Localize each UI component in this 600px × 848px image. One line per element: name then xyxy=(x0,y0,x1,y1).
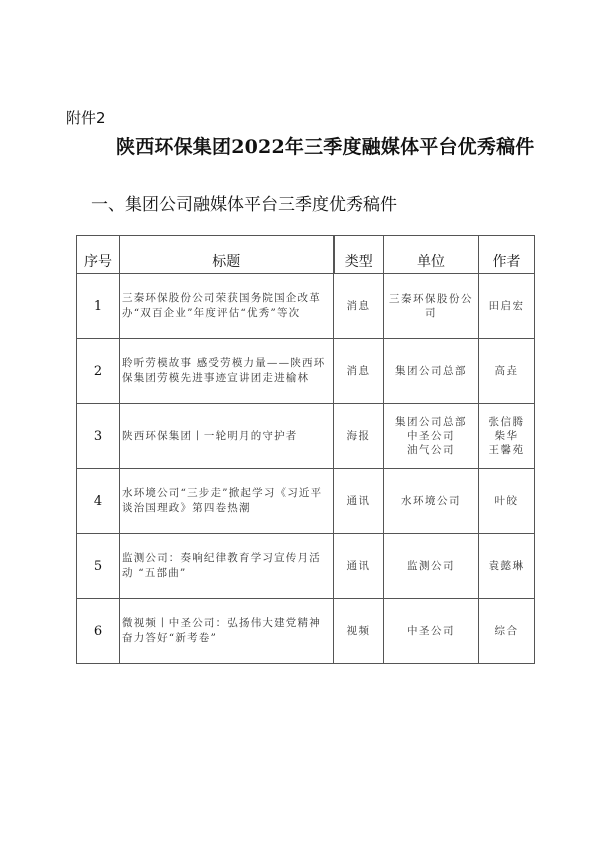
row-author: 综合 xyxy=(479,599,535,664)
row-author: 袁懿琳 xyxy=(479,534,535,599)
table-row: 5 监测公司：奏响纪律教育学习宣传月活动 “五部曲” 通讯 监测公司 袁懿琳 xyxy=(77,534,535,599)
unit-line: 中圣公司 xyxy=(384,429,478,443)
attachment-label: 附件2 xyxy=(66,107,106,128)
manuscript-table: 序号 标题 类型 单位 作者 1 三秦环保股份公司荣获国务院国企改革办“双百企业… xyxy=(76,235,535,664)
author-line: 叶皎 xyxy=(479,494,534,508)
row-unit: 水环境公司 xyxy=(384,469,479,534)
unit-line: 集团公司总部 xyxy=(384,415,478,429)
unit-line: 中圣公司 xyxy=(384,624,478,638)
row-type: 通讯 xyxy=(334,469,384,534)
table-row: 6 微视频丨中圣公司：弘扬伟大建党精神 奋力答好“新考卷” 视频 中圣公司 综合 xyxy=(77,599,535,664)
author-line: 田启宏 xyxy=(479,299,534,313)
header-title: 标题 xyxy=(120,236,334,274)
header-type: 类型 xyxy=(334,236,384,274)
row-type: 海报 xyxy=(334,404,384,469)
row-unit: 中圣公司 xyxy=(384,599,479,664)
row-title: 监测公司：奏响纪律教育学习宣传月活动 “五部曲” xyxy=(120,534,334,599)
row-title: 水环境公司“三步走”掀起学习《习近平谈治国理政》第四卷热潮 xyxy=(120,469,334,534)
author-line: 高垚 xyxy=(479,364,534,378)
table-header-row: 序号 标题 类型 单位 作者 xyxy=(77,236,535,274)
author-line: 袁懿琳 xyxy=(479,559,534,573)
document-title: 陕西环保集团2022年三季度融媒体平台优秀稿件 xyxy=(116,132,534,159)
row-seq: 3 xyxy=(77,404,120,469)
unit-line: 监测公司 xyxy=(384,559,478,573)
row-type: 通讯 xyxy=(334,534,384,599)
section-title: 一、集团公司融媒体平台三季度优秀稿件 xyxy=(91,190,397,215)
row-seq: 4 xyxy=(77,469,120,534)
row-author: 叶皎 xyxy=(479,469,535,534)
row-author: 张信腾 柴华 王馨苑 xyxy=(479,404,535,469)
row-unit: 三秦环保股份公司 xyxy=(384,274,479,339)
row-seq: 6 xyxy=(77,599,120,664)
row-type: 视频 xyxy=(334,599,384,664)
row-type: 消息 xyxy=(334,274,384,339)
table-row: 4 水环境公司“三步走”掀起学习《习近平谈治国理政》第四卷热潮 通讯 水环境公司… xyxy=(77,469,535,534)
row-title: 陕西环保集团丨一轮明月的守护者 xyxy=(120,404,334,469)
unit-line: 水环境公司 xyxy=(384,494,478,508)
row-seq: 2 xyxy=(77,339,120,404)
row-title: 三秦环保股份公司荣获国务院国企改革办“双百企业”年度评估“优秀”等次 xyxy=(120,274,334,339)
author-line: 王馨苑 xyxy=(479,443,534,457)
row-author: 田启宏 xyxy=(479,274,535,339)
header-unit: 单位 xyxy=(384,236,479,274)
row-seq: 1 xyxy=(77,274,120,339)
unit-line: 三秦环保股份公司 xyxy=(384,292,478,320)
row-title: 微视频丨中圣公司：弘扬伟大建党精神 奋力答好“新考卷” xyxy=(120,599,334,664)
unit-line: 油气公司 xyxy=(384,443,478,457)
header-seq: 序号 xyxy=(77,236,120,274)
unit-line: 集团公司总部 xyxy=(384,364,478,378)
row-author: 高垚 xyxy=(479,339,535,404)
author-line: 张信腾 xyxy=(479,415,534,429)
row-unit: 监测公司 xyxy=(384,534,479,599)
author-line: 综合 xyxy=(479,624,534,638)
table-row: 1 三秦环保股份公司荣获国务院国企改革办“双百企业”年度评估“优秀”等次 消息 … xyxy=(77,274,535,339)
row-seq: 5 xyxy=(77,534,120,599)
row-type: 消息 xyxy=(334,339,384,404)
row-title: 聆听劳模故事 感受劳模力量——陕西环保集团劳模先进事迹宣讲团走进榆林 xyxy=(120,339,334,404)
header-author: 作者 xyxy=(479,236,535,274)
author-line: 柴华 xyxy=(479,429,534,443)
table-row: 3 陕西环保集团丨一轮明月的守护者 海报 集团公司总部 中圣公司 油气公司 张信… xyxy=(77,404,535,469)
row-unit: 集团公司总部 中圣公司 油气公司 xyxy=(384,404,479,469)
table-row: 2 聆听劳模故事 感受劳模力量——陕西环保集团劳模先进事迹宣讲团走进榆林 消息 … xyxy=(77,339,535,404)
row-unit: 集团公司总部 xyxy=(384,339,479,404)
